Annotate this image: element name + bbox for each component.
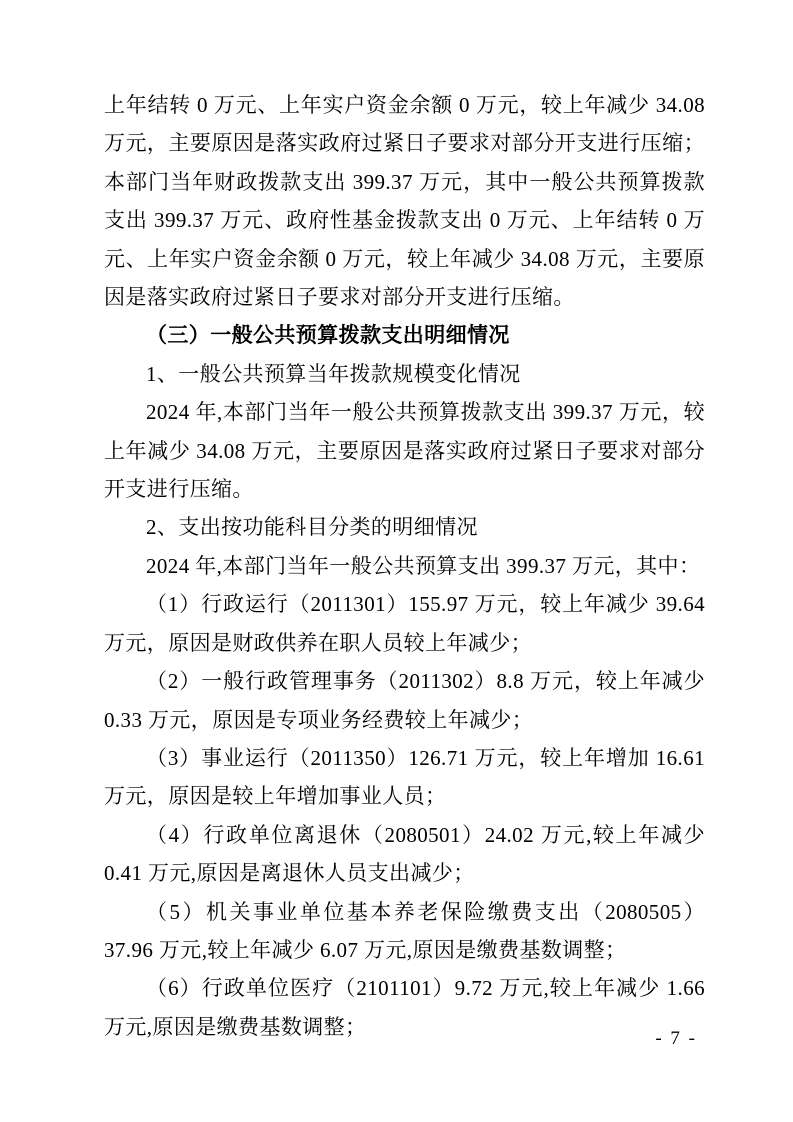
document-body: 上年结转 0 万元、上年实户资金余额 0 万元，较上年减少 34.08 万元，主…: [104, 86, 705, 1046]
paragraph: 2、支出按功能科目分类的明细情况: [104, 508, 705, 546]
paragraph: （1）行政运行（2011301）155.97 万元，较上年减少 39.64 万元…: [104, 585, 705, 662]
paragraph: （6）行政单位医疗（2101101）9.72 万元,较上年减少 1.66 万元,…: [104, 969, 705, 1046]
page-number: - 7 -: [655, 1027, 697, 1051]
paragraph: 2024 年,本部门当年一般公共预算支出 399.37 万元，其中：: [104, 547, 705, 585]
paragraph: 上年结转 0 万元、上年实户资金余额 0 万元，较上年减少 34.08 万元，主…: [104, 86, 705, 316]
document-page: 上年结转 0 万元、上年实户资金余额 0 万元，较上年减少 34.08 万元，主…: [0, 0, 793, 1122]
paragraph: 1、一般公共预算当年拨款规模变化情况: [104, 355, 705, 393]
section-heading: （三）一般公共预算拨款支出明细情况: [104, 316, 705, 354]
paragraph: 2024 年,本部门当年一般公共预算拨款支出 399.37 万元，较上年减少 3…: [104, 393, 705, 508]
paragraph: （2）一般行政管理事务（2011302）8.8 万元，较上年减少 0.33 万元…: [104, 662, 705, 739]
paragraph: （3）事业运行（2011350）126.71 万元，较上年增加 16.61 万元…: [104, 739, 705, 816]
paragraph: （4）行政单位离退休（2080501）24.02 万元,较上年减少 0.41 万…: [104, 816, 705, 893]
paragraph: （5）机关事业单位基本养老保险缴费支出（2080505）37.96 万元,较上年…: [104, 893, 705, 970]
